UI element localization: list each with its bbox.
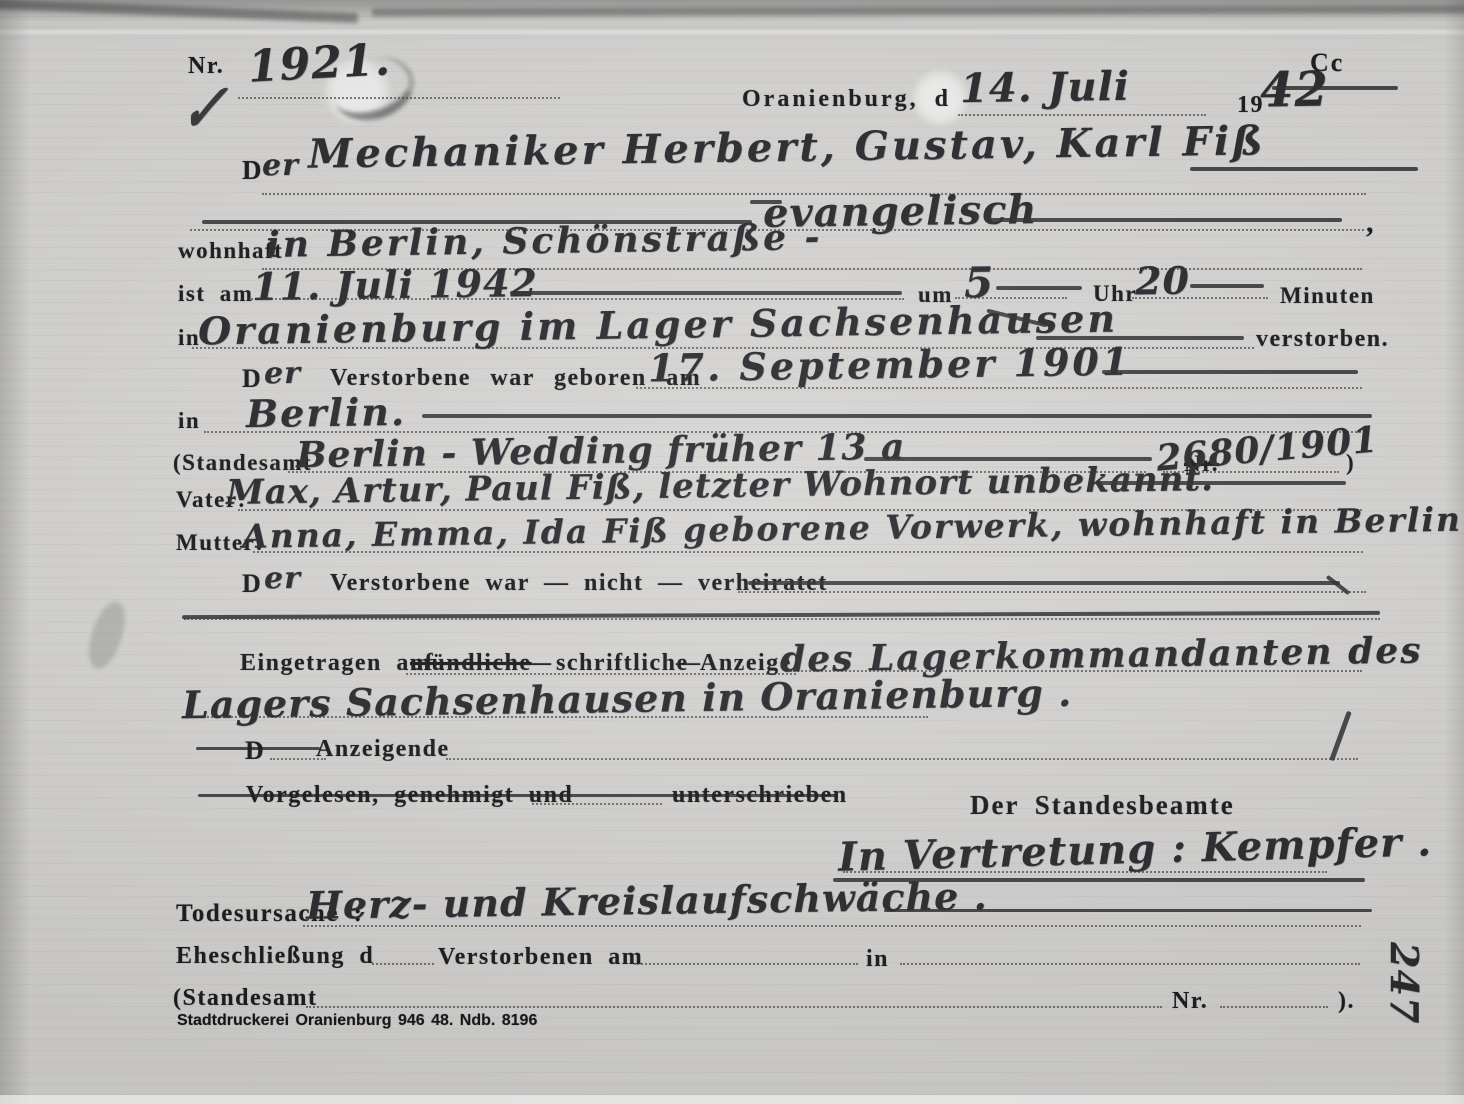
pen-line-birth-place — [422, 414, 1372, 418]
pen-dash-cause — [884, 909, 1372, 912]
checkmark-pen-mark: ✓ — [178, 71, 230, 147]
scan-right-shadow — [1444, 0, 1464, 1104]
dotted-rule-nr-bottom — [1220, 1006, 1328, 1008]
dotted-rule-birth-date — [636, 387, 1362, 389]
form-number-value: 1921. — [247, 34, 392, 92]
pen-dash-minutes — [1190, 284, 1264, 288]
scan-highlight-line — [0, 30, 1464, 34]
dotted-rule-standesamt-bottom — [306, 1006, 1162, 1008]
minuten-label: Minuten — [1280, 283, 1375, 309]
cause-of-death-value: Herz- und Kreislaufschwäche . — [306, 873, 988, 928]
marriage-label-in: in — [866, 946, 889, 973]
unterschrieben-label-struck: unterschrieben — [672, 782, 848, 809]
pen-dash-death-date — [510, 291, 902, 295]
pen-dash-hour — [996, 286, 1082, 290]
article-d-printed-marital: D — [242, 569, 262, 599]
close-paren-bottom: ). — [1338, 988, 1355, 1015]
dotted-rule-minutes — [1132, 297, 1268, 299]
article-suffix-hw: er — [262, 148, 299, 184]
birth-place-value: Berlin. — [246, 389, 407, 436]
standesamt-bottom-label: (Standesamt — [173, 985, 318, 1012]
deceased-name-value: Mechaniker Herbert, Gustav, Karl Fiß — [308, 117, 1266, 177]
dotted-rule-declarant-long — [446, 758, 1358, 760]
verstorben-label: verstorben. — [1256, 326, 1389, 353]
record-date-value: 14. Juli — [960, 63, 1131, 112]
dotted-rule-marital — [738, 591, 1366, 593]
dotted-rule-marriage-2 — [634, 963, 858, 965]
in-label-birth: in — [178, 408, 200, 434]
dotted-rule-reporter2 — [192, 716, 928, 718]
trailing-comma: , — [1366, 206, 1375, 240]
birth-date-value: 17. September 1901 — [648, 339, 1132, 391]
article-d-printed-declarant: D — [245, 736, 265, 766]
dotted-rule-cause — [303, 925, 1361, 927]
registrar-title: Der Standesbeamte — [970, 790, 1235, 821]
anzeigende-label: Anzeigende — [316, 736, 450, 763]
file-code-underline — [1272, 86, 1398, 90]
margin-page-number: 247 — [1382, 942, 1427, 1024]
pen-dash-father — [1096, 481, 1346, 485]
residence-value: in Berlin, Schönstraße - — [266, 216, 823, 266]
article-d-printed-birth: D — [242, 364, 262, 394]
scan-top-shadow — [0, 0, 1464, 22]
pen-dash-birth-date — [1102, 370, 1358, 374]
ist-am-label: ist am — [178, 281, 253, 307]
vorgelesen-label-struck: Vorgelesen, genehmigt und — [246, 782, 573, 809]
pen-dash-marital — [748, 581, 1340, 585]
article-suffix-hw-birth: er — [264, 356, 301, 392]
scan-bottom-strip — [0, 1095, 1464, 1104]
article-d-printed: D — [242, 155, 263, 186]
dotted-rule-date — [958, 114, 1206, 116]
dotted-rule-separator — [184, 618, 1380, 620]
paper-smudge — [82, 597, 132, 673]
death-record-scan: Nr. 1921. ✓ Oranienburg, d 14. Juli 19 4… — [0, 0, 1464, 1104]
death-date-value: 11. Juli 1942 — [252, 260, 538, 309]
dotted-rule-marriage-1 — [372, 963, 434, 965]
close-paren: ) — [1346, 450, 1355, 476]
article-suffix-hw-marital: er — [264, 561, 301, 597]
pen-dash-name — [1190, 167, 1418, 171]
file-code: Cc — [1310, 48, 1344, 78]
dotted-rule-signature — [843, 871, 1327, 873]
scan-left-shadow — [0, 0, 30, 1104]
dotted-rule-marriage-3 — [900, 963, 1360, 965]
dotted-rule-mother — [253, 551, 1363, 553]
pen-dash-religion-right — [986, 218, 1342, 222]
dotted-rule-attestation — [532, 803, 662, 805]
dotted-rule-number — [238, 97, 560, 99]
printer-imprint: Stadtdruckerei Oranienburg 946 48. Ndb. … — [177, 1012, 537, 1030]
marriage-label-2: Verstorbenen am — [438, 944, 643, 971]
nr-bottom-label: Nr. — [1172, 988, 1208, 1015]
reporter-value-line2: Lagers Sachsenhausen in Oranienburg . — [182, 670, 1073, 727]
marriage-label-1: Eheschließung d — [176, 943, 374, 970]
pen-hook-right-margin — [1329, 711, 1351, 762]
place-date-label: Oranienburg, d — [742, 86, 951, 113]
